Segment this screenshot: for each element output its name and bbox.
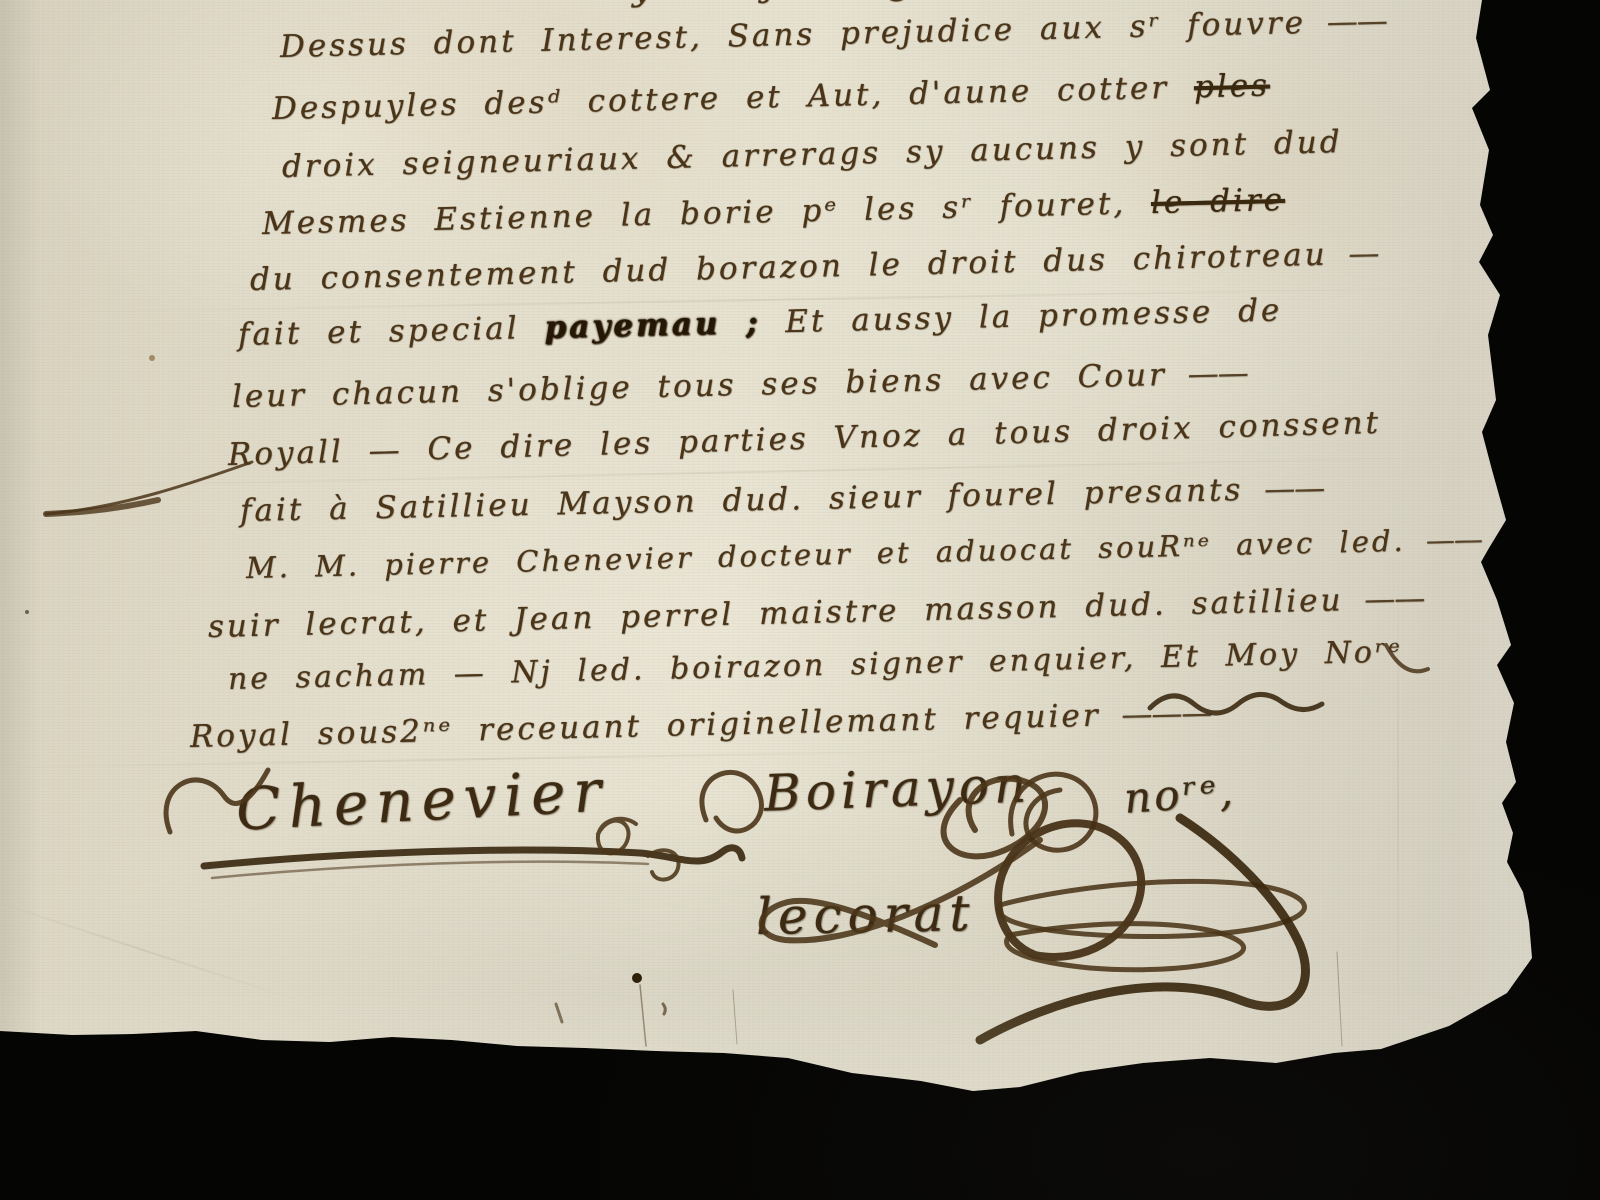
chenevier-paraph-squiggle bbox=[598, 819, 679, 880]
paper-crease bbox=[0, 896, 302, 1003]
grand-paraph-flat-loop bbox=[999, 881, 1305, 936]
manuscript-line: leur chacun s'oblige tous ses biens avec… bbox=[232, 356, 1249, 416]
manuscript-line: fait à Satillieu Mayson dud. sieur foure… bbox=[240, 471, 1325, 529]
signature-boirayon: Boirayon bbox=[763, 755, 1032, 822]
ink-blot-trail bbox=[640, 985, 646, 1046]
manuscript-line: du consentement dud borazon le droit dus… bbox=[250, 236, 1379, 298]
signature-notary-abbreviation: noʳᵉ, bbox=[1122, 766, 1237, 823]
line-text: fait et special bbox=[238, 310, 545, 353]
signature-chenevier: Chenevier bbox=[234, 756, 610, 843]
line-text: fait à Satillieu Mayson dud. sieur foure… bbox=[240, 472, 1244, 529]
manuscript-page: y ƒ ʒ y p Dessus dont Interest, Sans pre… bbox=[0, 0, 1600, 1200]
manuscript-line: Mesmes Estienne la borie pᵉ les sʳ foure… bbox=[262, 183, 1286, 243]
f-lead-tail-flourish bbox=[46, 500, 158, 514]
chenevier-underline-flourish bbox=[204, 848, 742, 866]
paper-stain-fleck bbox=[25, 610, 29, 614]
struck-word: le dire bbox=[1151, 182, 1286, 221]
grand-paraph-circle bbox=[998, 823, 1141, 957]
ink-blot bbox=[632, 973, 642, 983]
paper-fiber-line bbox=[733, 990, 737, 1044]
manuscript-line: Dessus dont Interest, Sans prejudice aux… bbox=[280, 4, 1388, 66]
ink-speck bbox=[556, 1004, 562, 1022]
manuscript-line: ne sacham — Nj led. boirazon signer enqu… bbox=[228, 635, 1404, 697]
pen-dash: —— bbox=[1306, 3, 1388, 41]
photo-backdrop: y ƒ ʒ y p Dessus dont Interest, Sans pre… bbox=[0, 0, 1600, 1200]
line-text: Royal sous2ⁿᵉ receuant originellemant re… bbox=[190, 698, 1101, 755]
manuscript-line: Royall — Ce dire les parties Vnoz a tous… bbox=[228, 406, 1382, 474]
manuscript-line: M. M. pierre Chenevier docteur et aduoca… bbox=[246, 523, 1483, 585]
signature-lecorat: lecorat bbox=[756, 884, 976, 946]
manuscript-line-partial: y ƒ ʒ y p bbox=[632, 0, 1214, 9]
manuscript-line: Despuyles desᵈ cottere et Aut, d'aune co… bbox=[272, 68, 1271, 127]
manuscript-line: fait et special payemau ; Et aussy la pr… bbox=[238, 293, 1283, 353]
line-text: y ƒ ʒ y p bbox=[632, 0, 1214, 9]
line-text: ne sacham — Nj led. boirazon signer enqu… bbox=[228, 634, 1404, 697]
grand-paraph-flat-loop bbox=[1007, 924, 1244, 970]
chenevier-underline-flourish bbox=[212, 862, 648, 878]
struck-word: ples bbox=[1194, 67, 1271, 105]
ink-speck bbox=[663, 1004, 665, 1014]
line-text: Royall — Ce dire les parties Vnoz a tous… bbox=[227, 405, 1381, 473]
grand-paraph-heavy-sweep bbox=[980, 818, 1305, 1040]
manuscript-line: suir lecrat, et Jean perrel maistre mass… bbox=[208, 581, 1425, 645]
f-lead-tail-flourish bbox=[46, 462, 252, 514]
line-text: suir lecrat, et Jean perrel maistre mass… bbox=[208, 582, 1344, 645]
line-text: Despuyles desᵈ cottere et Aut, d'aune co… bbox=[272, 69, 1195, 127]
ink-blotted-word: payemau ; bbox=[544, 305, 761, 346]
paper-fiber-line bbox=[1337, 952, 1342, 1046]
line-text: leur chacun s'oblige tous ses biens avec… bbox=[232, 357, 1168, 415]
line-text: M. M. pierre Chenevier docteur et aduoca… bbox=[246, 524, 1406, 585]
boirayon-leadin-loop bbox=[702, 772, 761, 831]
line-text: droix seigneuriaux & arrerags sy aucuns … bbox=[282, 124, 1343, 185]
line-text: Mesmes Estienne la borie pᵉ les sʳ foure… bbox=[262, 185, 1152, 242]
manuscript-line: droix seigneuriaux & arrerags sy aucuns … bbox=[282, 125, 1343, 186]
paper-stain-fleck bbox=[149, 355, 155, 361]
line-text: Dessus dont Interest, Sans prejudice aux… bbox=[280, 5, 1307, 65]
line-text: du consentement dud borazon le droit dus… bbox=[250, 237, 1328, 298]
manuscript-line: Royal sous2ⁿᵉ receuant originellemant re… bbox=[190, 696, 1212, 756]
